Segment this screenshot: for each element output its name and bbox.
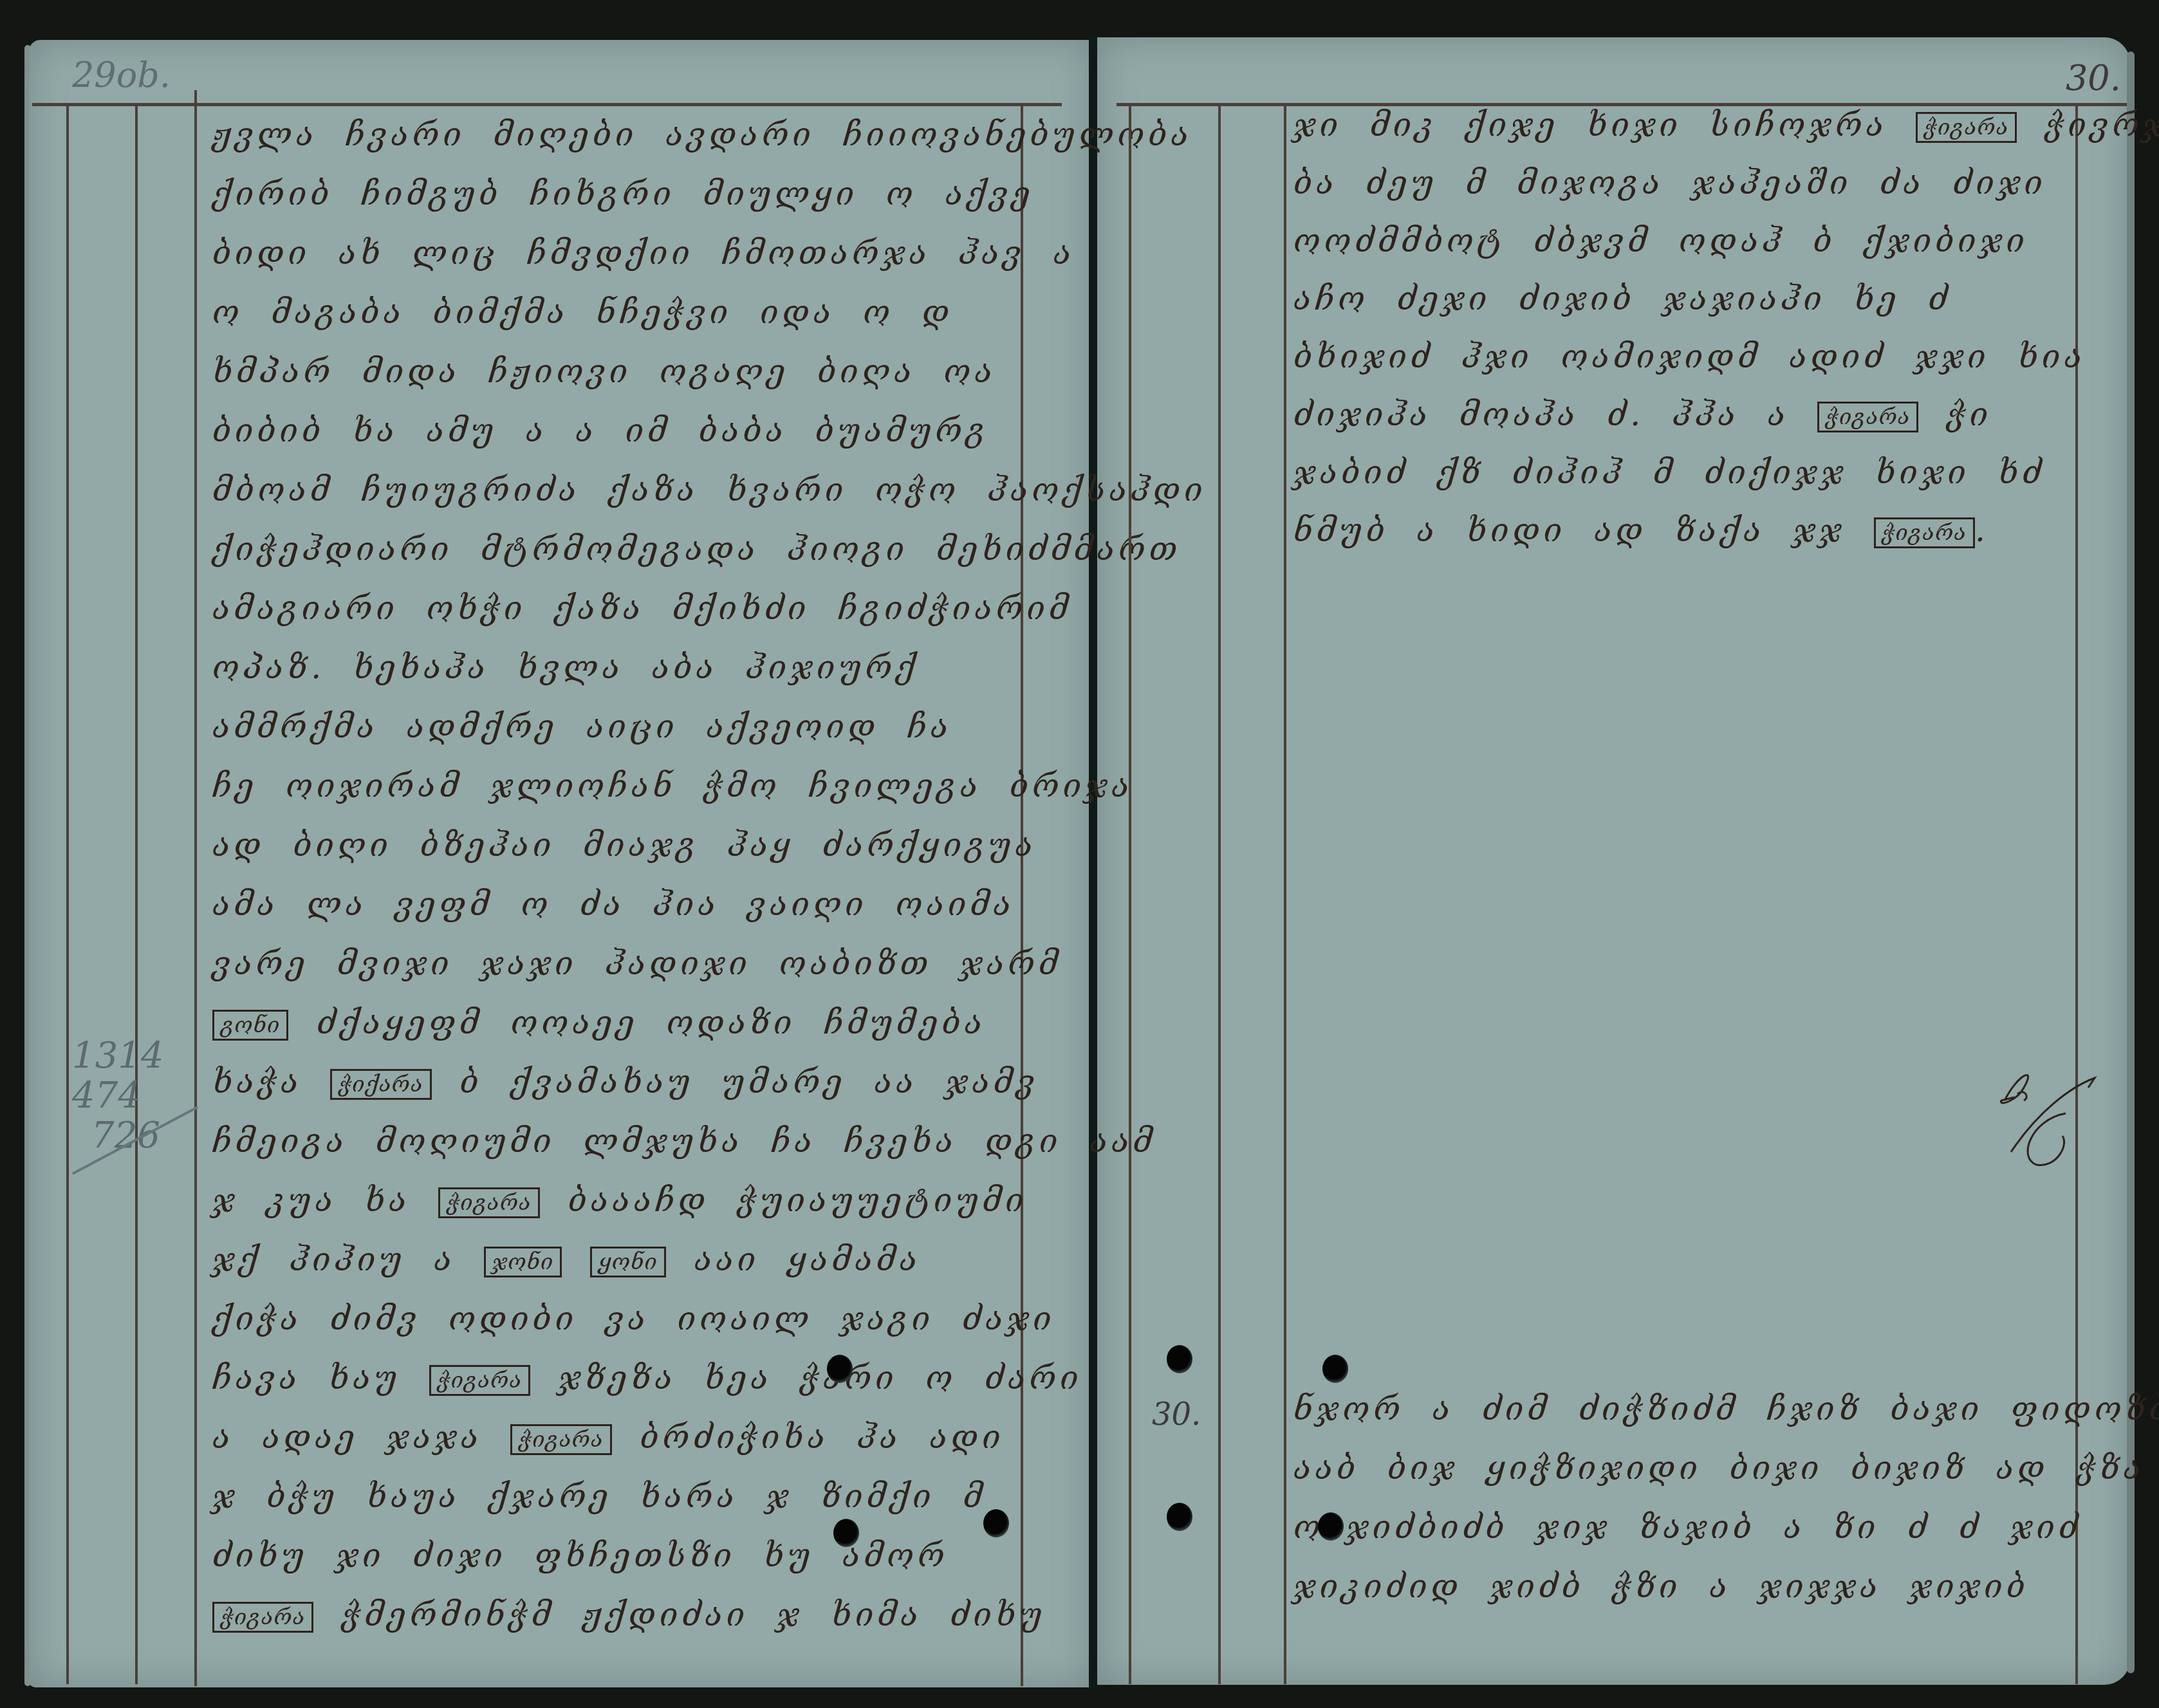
boxed-word: ჭიგარა — [212, 1602, 313, 1633]
left-page-line: გონი ძქაყეფმ ოოაეე ოდაზი ჩმუმება — [212, 1004, 986, 1041]
left-page-line: ჯ ბჭუ ხაუა ქჯარე ხარა ჯ ზიმქი მ — [212, 1478, 987, 1515]
left-page-line: ოპაზ. ხეხაჰა ხვლა აბა ჰიჯიურქ — [212, 649, 919, 686]
left-column-rule-1 — [66, 104, 69, 1684]
left-page-line: ჟვლა ჩვარი მიღები ავდარი ჩიიოვანებულობა — [212, 116, 1192, 153]
left-page-line: ქიჭეჰდიარი მტრმომეგადა ჰიოგი მეხიძმმართ — [212, 530, 1181, 568]
right-page-edge — [2127, 51, 2135, 1673]
boxed-word: ჭიგარა — [1874, 517, 1975, 548]
left-page-line: ქიჭა ძიმვ ოდიბი ვა იოაილ ჯაგი ძაჯი — [212, 1300, 1055, 1337]
boxed-word: ჭიგარა — [1817, 402, 1918, 432]
left-header-rule — [32, 103, 1062, 106]
left-page-line: ო მაგაბა ბიმქმა ნჩეჭვი იდა ო დ — [212, 293, 953, 331]
punch-hole — [1167, 1345, 1192, 1373]
right-page-lower-line: ოიჯიძბიძბ ჯიჯ ზაჯიბ ა ზი ძ ძ ჯიძ — [1293, 1508, 2082, 1546]
right-page-lower-line: ჯიკიძიდ ჯიძბ ჭზი ა ჯიჯჯა ჯიჯიბ — [1293, 1568, 2029, 1605]
left-page-line: ხაჭა ჭიქარა ბ ქვამახაუ უმარე აა ჯამვ — [212, 1063, 1039, 1100]
signature-flourish — [1985, 1062, 2101, 1178]
margin-note-line-2: 474 — [72, 1076, 164, 1116]
boxed-word: ჭიგარა — [429, 1365, 530, 1396]
left-page-line: ჭიგარა ჭმერმინჭმ ჟქდიძაი ჯ ხიმა ძიხუ — [212, 1596, 1046, 1633]
margin-note-line-3: 726 — [91, 1116, 164, 1156]
right-page-lower-line: ნჯორ ა ძიმ ძიჭზიძმ ჩჯიზ ბაჯი ფიდოზბა — [1293, 1390, 2159, 1427]
left-page-line: ამმრქმა ადმქრე აიცი აქვეოიდ ჩა — [212, 708, 952, 745]
right-page-upper-line: ბა ძეუ მ მიჯოგა ჯაჰეაში ძა ძიჯი — [1293, 164, 2046, 201]
left-page-line: ა ადაე ჯაჯა ჭიგარა ბრძიჭიხა ჰა ადი — [212, 1418, 1005, 1456]
right-page-upper-line: ოოძმმბოტ ძბჯვმ ოდაჰ ბ ქჯიბიჯი — [1293, 222, 2028, 259]
punch-hole — [833, 1519, 859, 1547]
boxed-word: ჭიგარა — [1916, 112, 2017, 143]
left-page-line: ვარე მვიჯი ჯაჯი ჰადიჯი ოაბიზთ ჯარმ — [212, 945, 1062, 982]
left-page-line: ამა ლა ვეფმ ო ძა ჰია ვაიღი ოაიმა — [212, 886, 1015, 923]
left-margin-pencil-note: 1314 474 726 — [72, 1036, 164, 1156]
left-folio-number: 29ob. — [72, 55, 171, 95]
punch-hole — [1318, 1512, 1344, 1541]
boxed-word: ჭიგარა — [510, 1424, 611, 1455]
margin-note-line-1: 1314 — [72, 1036, 164, 1076]
right-page-upper-line: ძიჯიჰა მოაჰა ძ. ჰჰა ა ჭიგარა ჭი — [1293, 396, 1992, 433]
punch-hole — [1167, 1503, 1192, 1531]
left-page-line: ჩავა ხაუ ჭიგარა ჯზეზა ხეა ჭარი ო ძარი — [212, 1359, 1082, 1397]
boxed-word: ჯონი — [484, 1247, 562, 1277]
boxed-word: ჭიქარა — [330, 1069, 431, 1100]
left-page-line: ად ბიღი ბზეჰაი მიაჯგ ჰაყ ძარქყიგუა — [212, 826, 1037, 864]
right-page-upper-line: აჩო ძეჯი ძიჯიბ ჯაჯიაჰი ხე ძ — [1293, 280, 1951, 317]
right-page-upper-line: ჯაბიძ ქზ ძიჰიჰ მ ძიქიჯჯ ხიჯი ხძ — [1293, 454, 2045, 491]
punch-hole — [983, 1509, 1009, 1537]
right-column-rule-1 — [1129, 104, 1131, 1684]
boxed-word: ჭიგარა — [438, 1187, 539, 1218]
punch-hole — [827, 1355, 853, 1383]
boxed-word: ყონი — [590, 1247, 666, 1277]
right-page-upper-line: ჯი მიკ ქიჯე ხიჯი სიჩოჯრა ჭიგარა ჭივრჯ — [1293, 106, 2159, 144]
left-page-line: მბოამ ჩუიუგრიძა ქაზა ხვარი ოჭო ჰაოქსაჰდი — [212, 471, 1207, 508]
entry-number: 30. — [1152, 1397, 1201, 1433]
left-page-line: ჯ კუა ხა ჭიგარა ბაააჩდ ჭუიაუუეტიუმი — [212, 1182, 1028, 1219]
left-page-line: ჩმეიგა მოღიუმი ლმჯუხა ჩა ჩვეხა დგი აამ — [212, 1122, 1156, 1160]
punch-hole — [1322, 1355, 1348, 1383]
right-page-lower-line: ააბ ბიჯ ყიჭზიჯიდი ბიჯი ბიჯიზ ად ჭზა — [1293, 1449, 2145, 1487]
book-spine — [1089, 35, 1098, 1689]
right-page-upper-line: ბხიჯიძ ჰჯი ოამიჯიდმ ადიძ ჯჯი ხია — [1293, 338, 2086, 375]
left-page-line: ქირიბ ჩიმგუბ ჩიხგრი მიულყი ო აქვე — [212, 175, 1034, 212]
left-page-line: ხმპარ მიდა ჩჟიოვი ოგაღე ბიღა ოა — [212, 353, 996, 390]
left-column-rule-3 — [194, 90, 197, 1686]
left-page-line: ჯქ ჰიჰიუ ა ჯონი ყონი ააი ყამამა — [212, 1241, 921, 1278]
right-page-upper-line: ნმუბ ა ხიდი ად ზაქა ჯჯ ჭიგარა. — [1293, 512, 1989, 549]
left-page-line: ჩე ოიჯირამ ჯლიოჩან ჭმო ჩვილეგა ბრიჯა — [212, 767, 1133, 804]
left-page-line: ამაგიარი ოხჭი ქაზა მქიხძი ჩგიძჭიარიმ — [212, 589, 1072, 627]
left-page-line: ბიდი ახ ლიც ჩმვდქიი ჩმოთარჯა ჰავ ა — [212, 234, 1075, 272]
left-page-line: ბიბიბ ხა ამუ ა ა იმ ბაბა ბუამურგ — [212, 412, 989, 449]
left-right-margin-rule — [1021, 103, 1023, 1686]
left-column-rule-2 — [135, 104, 138, 1684]
right-column-rule-2 — [1218, 104, 1221, 1684]
right-folio-number: 30. — [2066, 58, 2121, 98]
right-column-rule-3 — [1284, 104, 1286, 1684]
boxed-word: გონი — [212, 1010, 288, 1041]
